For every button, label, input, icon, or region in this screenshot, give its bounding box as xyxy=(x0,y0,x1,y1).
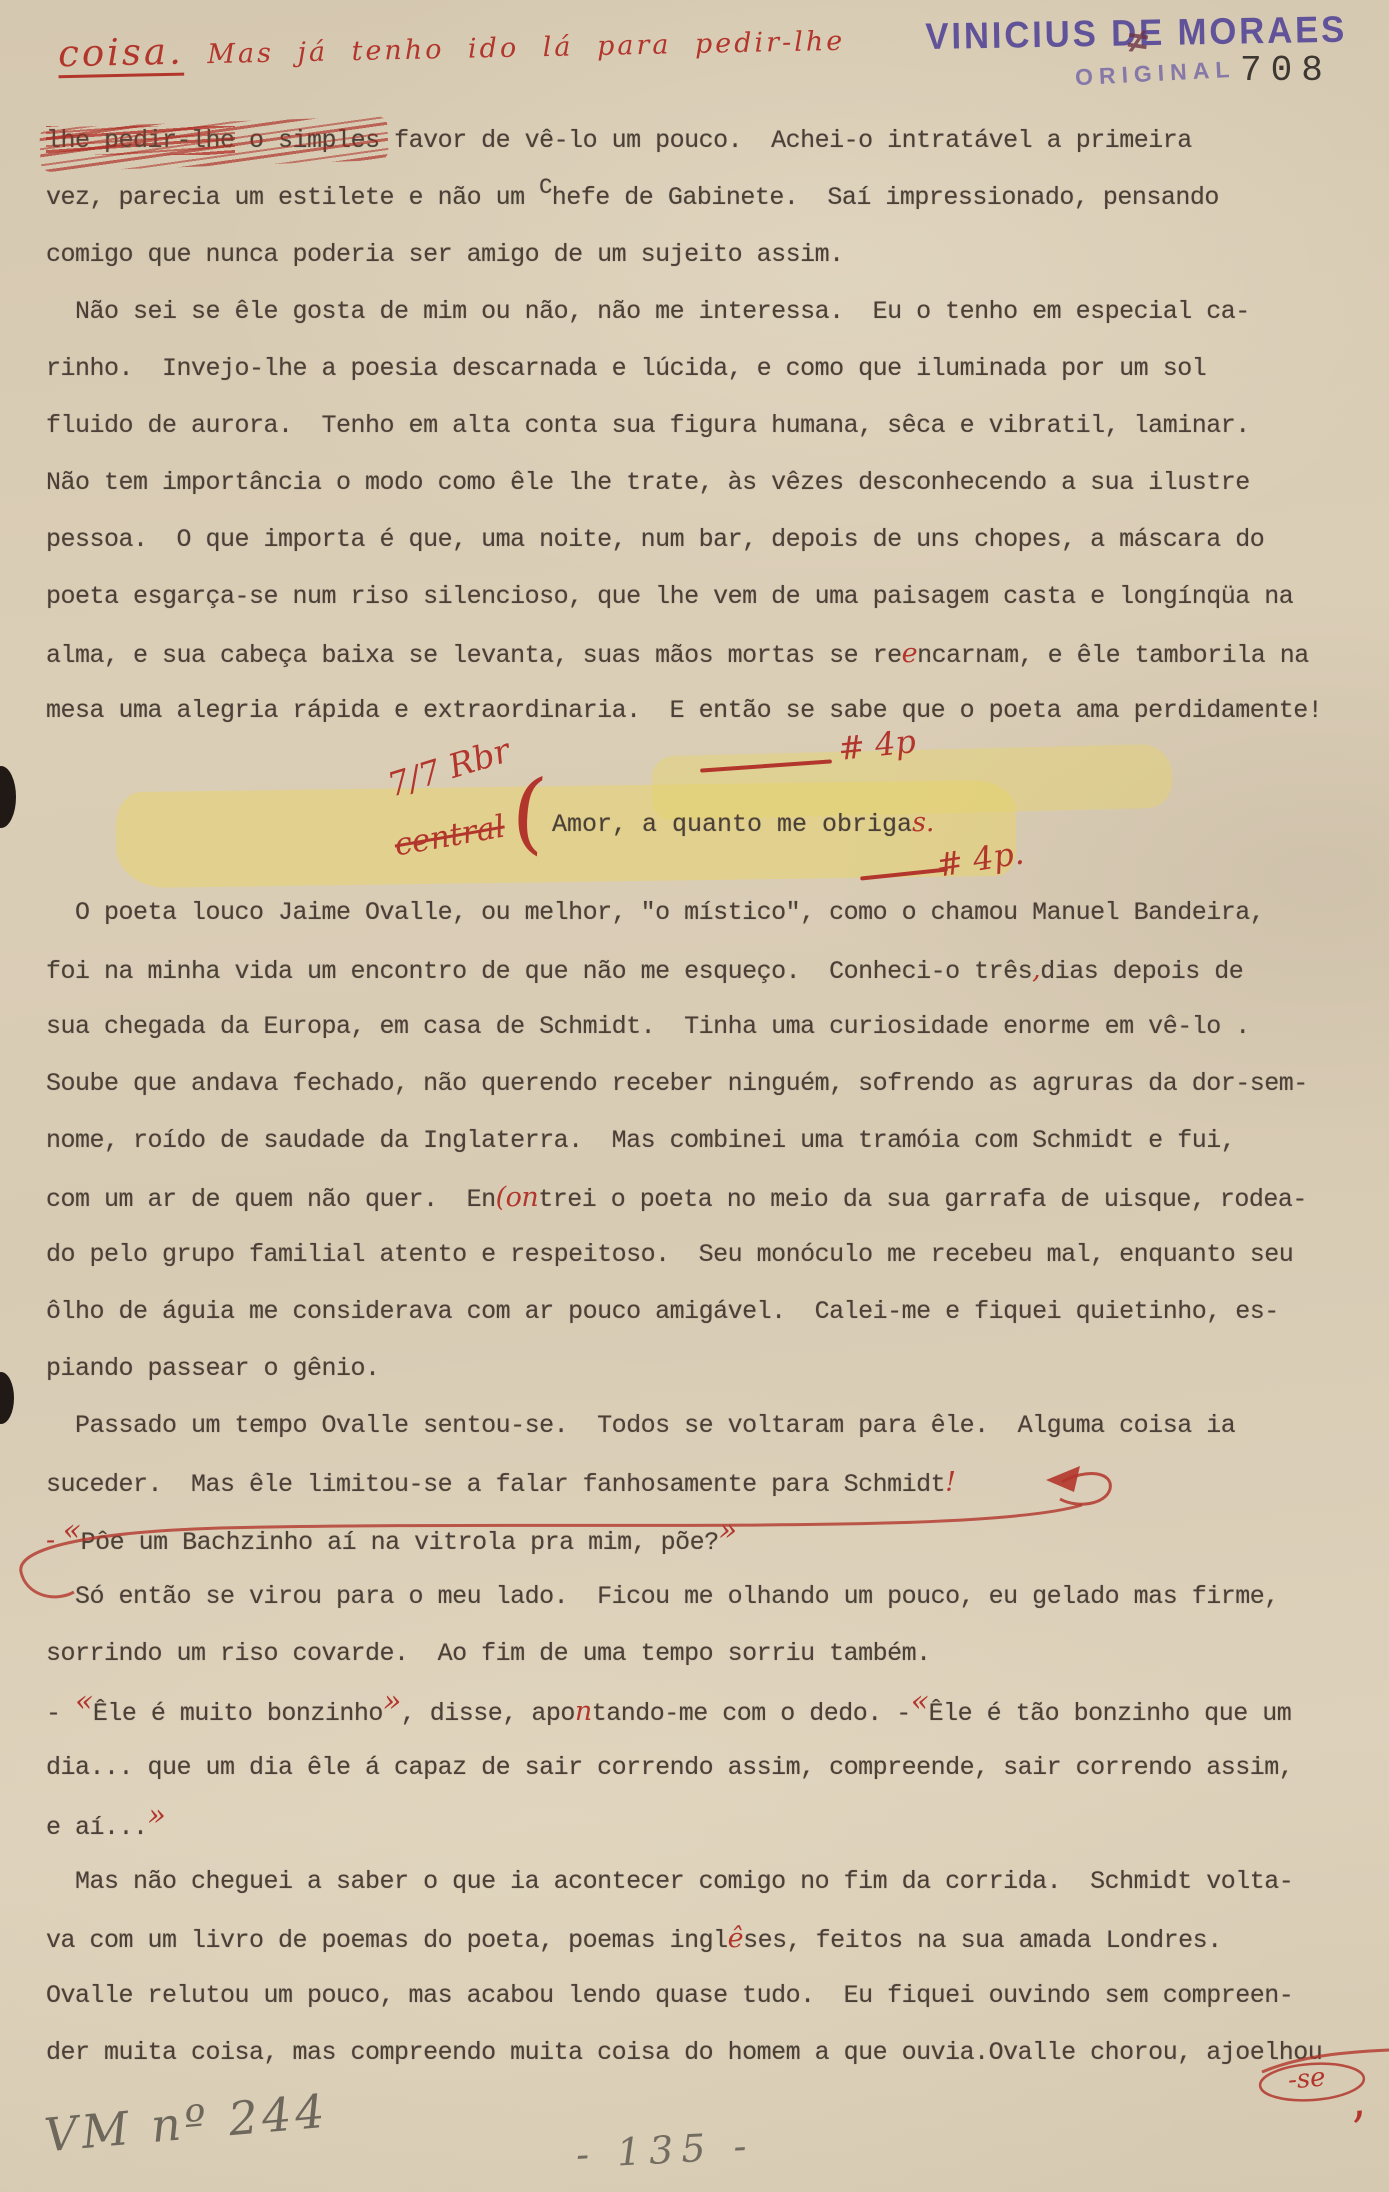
typed-line: rinho. Invejo-lhe a poesia descarnada e … xyxy=(46,340,1322,397)
text-segment: n xyxy=(575,1696,592,1727)
typed-line: der muita coisa, mas compreendo muita co… xyxy=(46,2024,1322,2081)
red-insert-se: -se xyxy=(1287,2062,1327,2095)
text-segment: - xyxy=(46,1699,75,1728)
red-parenthesis-mark: ( xyxy=(508,759,549,864)
text-segment: O poeta louco Jaime Ovalle, ou melhor, "… xyxy=(46,898,1264,927)
text-segment: suceder. Mas êle limitou-se a falar fanh… xyxy=(46,1470,945,1499)
text-segment: hefe de Gabinete. Saí impressionado, pen… xyxy=(552,183,1219,212)
text-segment: ! xyxy=(945,1467,955,1498)
typed-line: Ovalle relutou um pouco, mas acabou lend… xyxy=(46,1967,1322,2024)
typed-line: Só então se virou para o meu lado. Ficou… xyxy=(46,1568,1322,1625)
typed-line: piando passear o gênio. xyxy=(46,1340,1322,1397)
text-segment: poeta esgarça-se num riso silencioso, qu… xyxy=(46,582,1293,611)
text-segment: Só então se virou para o meu lado. Ficou… xyxy=(46,1582,1279,1611)
typed-line: vez, parecia um estilete e não um Chefe … xyxy=(46,169,1322,226)
typed-line: Mas não cheguei a saber o que ia acontec… xyxy=(46,1853,1322,1910)
stamp-strike-mark: ≠ xyxy=(1125,19,1150,63)
text-segment: sorrindo um riso covarde. Ao fim de uma … xyxy=(46,1639,931,1668)
text-segment: (on xyxy=(496,1182,539,1213)
typed-line: - «Êle é muito bonzinho», disse, apontan… xyxy=(46,1682,1322,1739)
paper-edge-blot xyxy=(0,766,16,828)
text-segment: foi na minha vida um encontro de que não… xyxy=(46,957,1032,986)
text-segment: ses, feitos na sua amada Londres. xyxy=(743,1926,1222,1955)
text-segment: Não tem importância o modo como êle lhe … xyxy=(46,468,1250,497)
text-segment: » xyxy=(148,1798,166,1833)
typesetting-mark-above: # 4p xyxy=(836,722,917,768)
typed-line: Não sei se êle gosta de mim ou não, não … xyxy=(46,283,1322,340)
text-segment: vez, parecia um estilete e não um xyxy=(46,183,539,212)
typed-line: com um ar de quem não quer. En(ontrei o … xyxy=(46,1169,1322,1226)
text-segment: trei o poeta no meio da sua garrafa de u… xyxy=(538,1185,1307,1214)
typed-line: poeta esgarça-se num riso silencioso, qu… xyxy=(46,568,1322,625)
text-segment: Êle é muito bonzinho xyxy=(93,1699,383,1728)
typed-line: e aí...» xyxy=(46,1796,1322,1853)
typed-line: - «Pôe um Bachzinho aí na vitrola pra mi… xyxy=(46,1511,1322,1568)
red-insert-comma: , xyxy=(1347,2071,1368,2128)
text-segment: rinho. Invejo-lhe a poesia descarnada e … xyxy=(46,354,1206,383)
text-segment: piando passear o gênio. xyxy=(46,1354,380,1383)
text-segment: dia... que um dia êle á capaz de sair co… xyxy=(46,1753,1293,1782)
typed-line: Não tem importância o modo como êle lhe … xyxy=(46,454,1322,511)
typed-paragraphs-top: lhe pedir-lhe o simples favor de vê-lo u… xyxy=(46,112,1322,739)
pencil-catalog-number: VM nº 244 xyxy=(42,2084,330,2163)
text-segment: coisa. xyxy=(58,30,185,76)
text-segment: tando-me com o dedo. - xyxy=(592,1699,911,1728)
text-segment: - xyxy=(46,1525,63,1556)
text-segment: » xyxy=(719,1513,737,1548)
typed-line: alma, e sua cabeça baixa se levanta, sua… xyxy=(46,625,1322,682)
text-segment: « xyxy=(63,1513,81,1548)
paper-edge-blot xyxy=(0,1372,14,1424)
text-segment: e aí... xyxy=(46,1813,148,1842)
text-segment: « xyxy=(75,1684,93,1719)
text-segment: va com um livro de poemas do poeta, poem… xyxy=(46,1926,728,1955)
typed-line: sorrindo um riso covarde. Ao fim de uma … xyxy=(46,1625,1322,1682)
text-segment: « xyxy=(911,1684,929,1719)
text-segment: ncarnam, e êle tamborila na xyxy=(917,641,1309,670)
typed-line: do pelo grupo familial atento e respeito… xyxy=(46,1226,1322,1283)
text-segment: Ovalle relutou um pouco, mas acabou lend… xyxy=(46,1981,1293,2010)
text-segment: C xyxy=(539,175,552,200)
typed-line: va com um livro de poemas do poeta, poem… xyxy=(46,1910,1322,1967)
text-segment: dias depois de xyxy=(1040,957,1243,986)
typed-line: nome, roído de saudade da Inglaterra. Ma… xyxy=(46,1112,1322,1169)
text-segment: der muita coisa, mas compreendo muita co… xyxy=(46,2038,1322,2067)
typed-line: O poeta louco Jaime Ovalle, ou melhor, "… xyxy=(46,884,1322,941)
typed-line: foi na minha vida um encontro de que não… xyxy=(46,941,1322,998)
original-stamp: ORIGINAL xyxy=(1074,56,1236,91)
typed-line: dia... que um dia êle á capaz de sair co… xyxy=(46,1739,1322,1796)
text-segment: Mas já tenho ido lá para pedir-lhe xyxy=(183,26,845,71)
text-segment: com um ar de quem não quer. En xyxy=(46,1185,496,1214)
typed-line: sua chegada da Europa, em casa de Schmid… xyxy=(46,998,1322,1055)
page-number-stamp: 708 xyxy=(1240,50,1332,91)
text-segment: Soube que andava fechado, não querendo r… xyxy=(46,1069,1308,1098)
text-segment: s. xyxy=(912,807,934,838)
text-segment: Mas não cheguei a saber o que ia acontec… xyxy=(46,1867,1293,1896)
text-segment: Amor, a quanto me obriga xyxy=(552,810,912,839)
text-segment: do pelo grupo familial atento e respeito… xyxy=(46,1240,1293,1269)
text-segment: nome, roído de saudade da Inglaterra. Ma… xyxy=(46,1126,1235,1155)
typed-paragraphs-bottom: O poeta louco Jaime Ovalle, ou melhor, "… xyxy=(46,884,1322,2081)
text-segment: pessoa. O que importa é que, uma noite, … xyxy=(46,525,1264,554)
chapter-heading: Amor, a quanto me obrigas. xyxy=(552,800,935,846)
typed-line: Soube que andava fechado, não querendo r… xyxy=(46,1055,1322,1112)
text-segment: » xyxy=(383,1684,401,1719)
top-handwriting-note: coisa. Mas já tenho ido lá para pedir-lh… xyxy=(58,16,846,75)
text-segment: ôlho de águia me considerava com ar pouc… xyxy=(46,1297,1279,1326)
text-segment: sua chegada da Europa, em casa de Schmid… xyxy=(46,1012,1250,1041)
typed-line: fluido de aurora. Tenho em alta conta su… xyxy=(46,397,1322,454)
text-segment: comigo que nunca poderia ser amigo de um… xyxy=(46,240,844,269)
text-segment: alma, e sua cabeça baixa se levanta, sua… xyxy=(46,641,902,670)
typed-line: mesa uma alegria rápida e extraordinaria… xyxy=(46,682,1322,739)
text-segment: , disse, apo xyxy=(401,1699,575,1728)
text-segment: Êle é tão bonzinho que um xyxy=(929,1699,1292,1728)
text-segment: mesa uma alegria rápida e extraordinaria… xyxy=(46,696,1322,725)
text-segment: Não sei se êle gosta de mim ou não, não … xyxy=(46,297,1250,326)
text-segment: Pôe um Bachzinho aí na vitrola pra mim, … xyxy=(81,1528,719,1557)
typed-line: Passado um tempo Ovalle sentou-se. Todos… xyxy=(46,1397,1322,1454)
typed-line: comigo que nunca poderia ser amigo de um… xyxy=(46,226,1322,283)
text-segment: fluido de aurora. Tenho em alta conta su… xyxy=(46,411,1250,440)
text-segment: e xyxy=(902,638,917,669)
manuscript-page: coisa. Mas já tenho ido lá para pedir-lh… xyxy=(0,0,1389,2192)
typed-line: ôlho de águia me considerava com ar pouc… xyxy=(46,1283,1322,1340)
text-segment: ê xyxy=(728,1923,743,1954)
typed-line: pessoa. O que importa é que, uma noite, … xyxy=(46,511,1322,568)
typed-line: suceder. Mas êle limitou-se a falar fanh… xyxy=(46,1454,1322,1511)
pencil-page-135: - 135 - xyxy=(575,2123,755,2176)
text-segment: Passado um tempo Ovalle sentou-se. Todos… xyxy=(46,1411,1235,1440)
